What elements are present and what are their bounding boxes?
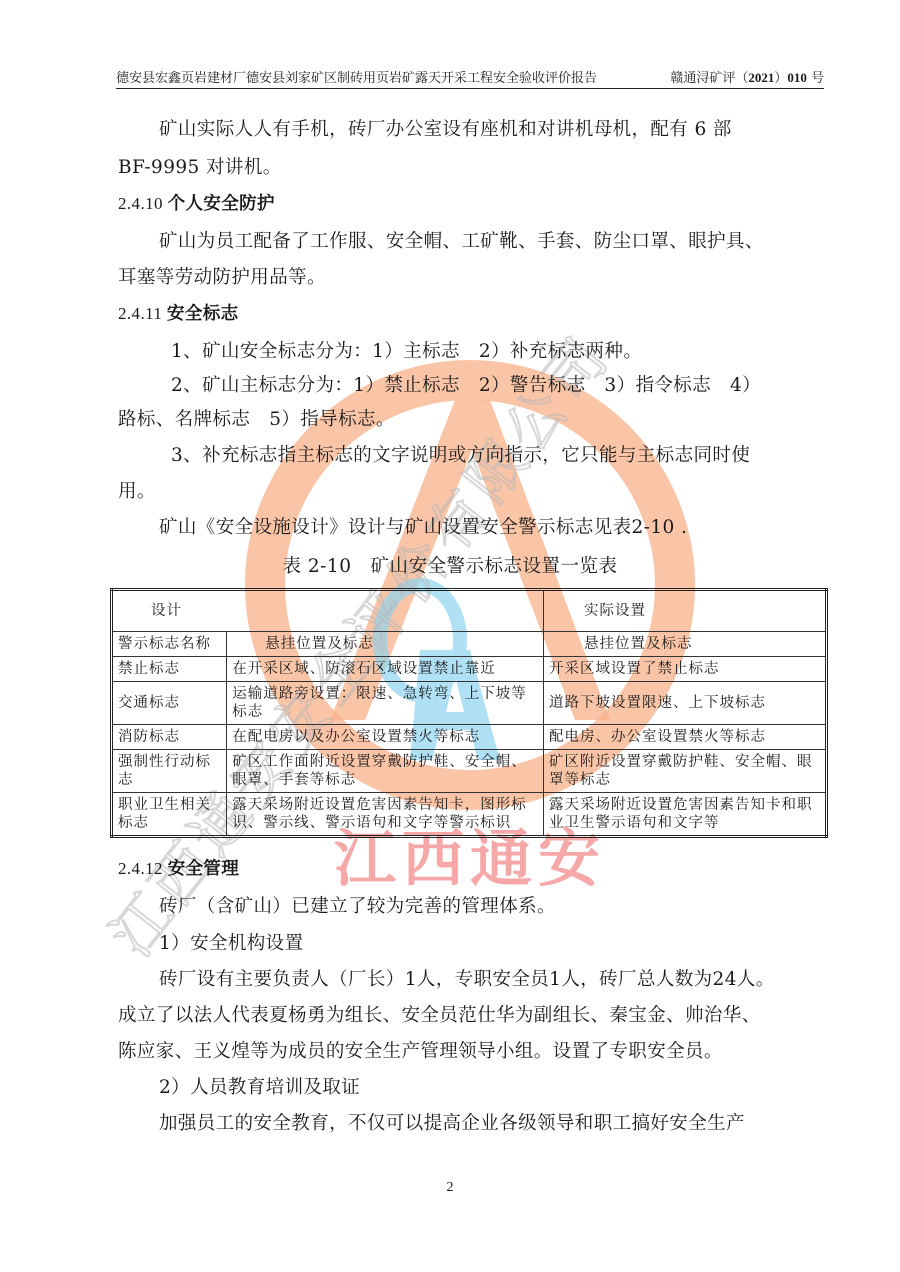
cell-actual: 道路下坡设置限速、上下坡标志 [543, 682, 826, 725]
list-item-3-line1: 3、补充标志指主标志的文字说明或方向指示，它只能与主标志同时使 [171, 444, 750, 468]
col-header-sign-name: 警示标志名称 [112, 632, 227, 657]
table-group-header-row: 设计 实际设置 [112, 590, 827, 632]
table-row: 职业卫生相关标志 露天采场附近设置危害因素告知卡，图形标识、警示线、警示语句和文… [112, 793, 827, 837]
col-header-design-location: 悬挂位置及标志 [227, 632, 544, 657]
cell-design: 在配电房以及办公室设置禁火等标志 [227, 725, 544, 750]
page-number: 2 [0, 1180, 900, 1196]
cell-actual: 矿区附近设置穿戴防护鞋、安全帽、眼罩等标志 [543, 750, 826, 793]
running-header: 德安县宏鑫页岩建材厂德安县刘家矿区制砖用页岩矿露天开采工程安全验收评价报告 赣通… [116, 64, 824, 89]
paragraph-communication-line2: BF-9995 对讲机。 [118, 156, 282, 180]
table-column-header-row: 警示标志名称 悬挂位置及标志 悬挂位置及标志 [112, 632, 827, 657]
table-caption: 表 2-10 矿山安全警示标志设置一览表 [0, 552, 900, 578]
section-heading-2-4-10: 2.4.10 个人安全防护 [118, 192, 275, 216]
col-header-actual-location: 悬挂位置及标志 [543, 632, 826, 657]
section-heading-2-4-12: 2.4.12 安全管理 [118, 857, 239, 881]
group-header-design: 设计 [112, 590, 544, 632]
cell-design: 运输道路旁设置：限速、急转弯、上下坡等标志 [227, 682, 544, 725]
list-item-3-line2: 用。 [118, 480, 156, 504]
group-header-actual: 实际设置 [543, 590, 826, 632]
safety-sign-table: 设计 实际设置 警示标志名称 悬挂位置及标志 悬挂位置及标志 禁止标志 在开采区… [110, 588, 828, 838]
cell-sign-name: 交通标志 [112, 682, 227, 725]
paragraph-training-line1: 加强员工的安全教育，不仅可以提高企业各级领导和职工搞好安全生产 [159, 1112, 745, 1136]
list-item-1: 1、矿山安全标志分为：1）主标志 2）补充标志两种。 [171, 340, 642, 364]
paragraph-ppe-line2: 耳塞等劳动防护用品等。 [118, 266, 326, 290]
cell-design: 在开采区域、防滚石区域设置禁止靠近 [227, 657, 544, 682]
cell-sign-name: 强制性行动标志 [112, 750, 227, 793]
paragraph-management-system: 砖厂（含矿山）已建立了较为完善的管理体系。 [159, 895, 556, 919]
table-row: 强制性行动标志 矿区工作面附近设置穿戴防护鞋、安全帽、眼罩、手套等标志 矿区附近… [112, 750, 827, 793]
table-row: 禁止标志 在开采区域、防滚石区域设置禁止靠近 开采区域设置了禁止标志 [112, 657, 827, 682]
subheading-safety-organization: 1）安全机构设置 [159, 932, 303, 956]
cell-sign-name: 禁止标志 [112, 657, 227, 682]
cell-actual: 配电房、办公室设置禁火等标志 [543, 725, 826, 750]
subheading-training: 2）人员教育培训及取证 [159, 1076, 360, 1100]
report-number: 赣通浔矿评（2021）010 号 [670, 67, 824, 86]
paragraph-ppe-line1: 矿山为员工配备了工作服、安全帽、工矿靴、手套、防尘口罩、眼护具、 [159, 230, 764, 254]
table-row: 消防标志 在配电房以及办公室设置禁火等标志 配电房、办公室设置禁火等标志 [112, 725, 827, 750]
paragraph-communication-line1: 矿山实际人人有手机，砖厂办公室设有座机和对讲机母机，配有 6 部 [159, 118, 732, 142]
table-reference-paragraph: 矿山《安全设施设计》设计与矿山设置安全警示标志见表2-10 . [159, 516, 687, 540]
cell-sign-name: 职业卫生相关标志 [112, 793, 227, 837]
paragraph-organization-line2: 成立了以法人代表夏杨勇为组长、安全员范仕华为副组长、秦宝金、帅治华、 [118, 1004, 761, 1028]
document-page: 江西通安安全评价有限公司 江西通安 德安县宏鑫页岩建材厂德安县刘家矿区制砖用页岩… [0, 0, 900, 1272]
cell-actual: 开采区域设置了禁止标志 [543, 657, 826, 682]
list-item-2-line2: 路标、名牌标志 5）指导标志。 [118, 408, 395, 432]
cell-design: 露天采场附近设置危害因素告知卡，图形标识、警示线、警示语句和文字等警示标识 [227, 793, 544, 837]
cell-design: 矿区工作面附近设置穿戴防护鞋、安全帽、眼罩、手套等标志 [227, 750, 544, 793]
section-heading-2-4-11: 2.4.11 安全标志 [118, 302, 239, 326]
list-item-2-line1: 2、矿山主标志分为：1）禁止标志 2）警告标志 3）指令标志 4） [171, 374, 761, 398]
cell-sign-name: 消防标志 [112, 725, 227, 750]
report-title: 德安县宏鑫页岩建材厂德安县刘家矿区制砖用页岩矿露天开采工程安全验收评价报告 [116, 67, 597, 86]
paragraph-organization-line1: 砖厂设有主要负责人（厂长）1人，专职安全员1人，砖厂总人数为24人。 [159, 968, 775, 992]
cell-actual: 露天采场附近设置危害因素告知卡和职业卫生警示语句和文字等 [543, 793, 826, 837]
table-row: 交通标志 运输道路旁设置：限速、急转弯、上下坡等标志 道路下坡设置限速、上下坡标… [112, 682, 827, 725]
paragraph-organization-line3: 陈应家、王义煌等为成员的安全生产管理领导小组。设置了专职安全员。 [118, 1040, 723, 1064]
